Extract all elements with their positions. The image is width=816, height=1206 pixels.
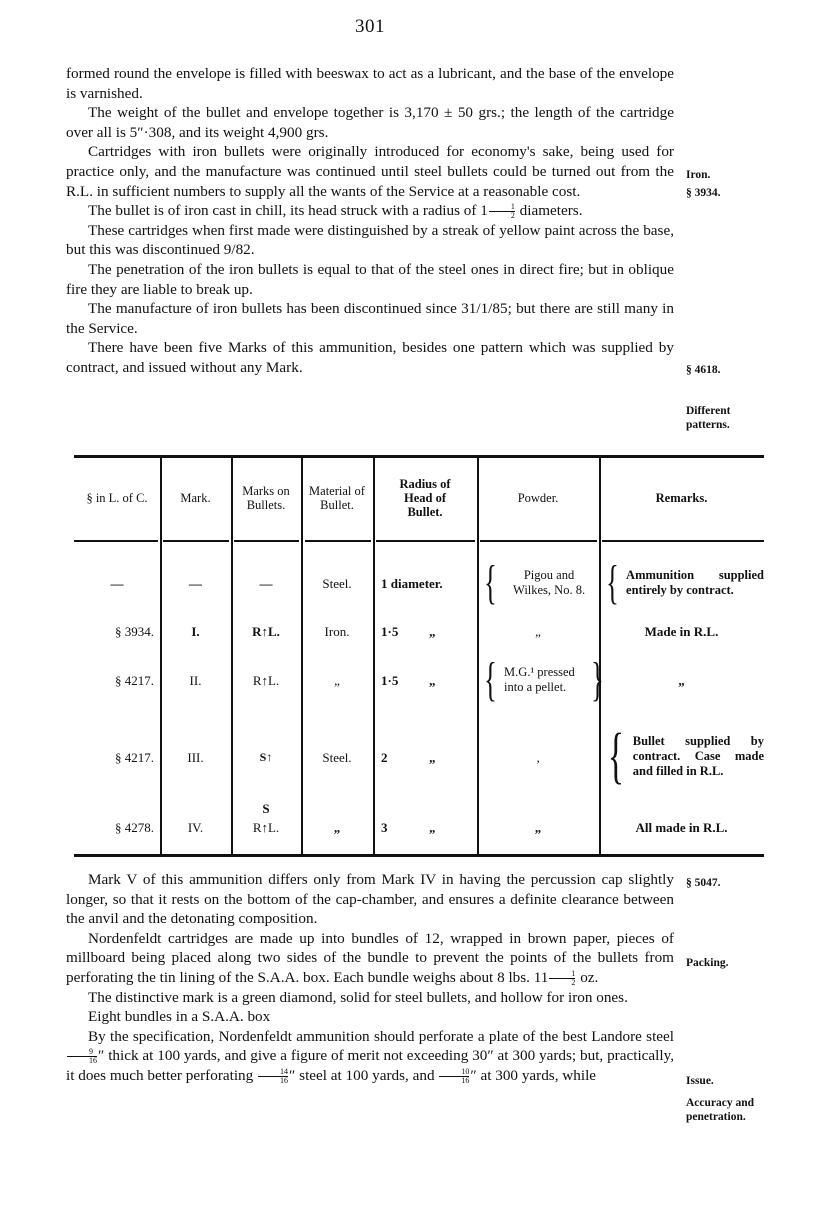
page-number: 301 — [0, 16, 740, 38]
cell-remarks: { Bullet supplied by contract. Case made… — [601, 723, 764, 789]
paragraph: The distinctive mark is a green diamond,… — [66, 988, 674, 1008]
cell-remarks: All made in R.L. — [599, 817, 764, 837]
cell-powder: ‚ — [477, 747, 599, 767]
cell-section: § 3934. — [74, 621, 154, 641]
paragraph: formed round the envelope is filled with… — [66, 64, 674, 103]
cell-marks-on-bullets: R↑L. — [231, 621, 301, 641]
cell-radius-ditto: „ — [429, 817, 459, 837]
header-marks-on-bullets: Marks on Bullets. — [231, 458, 301, 538]
header-rule — [376, 540, 475, 542]
left-brace-icon: { — [484, 559, 497, 607]
paragraph: Mark V of this ammunition differs only f… — [66, 870, 674, 929]
bottom-text-block: Mark V of this ammunition differs only f… — [66, 870, 674, 1086]
cell-material: Iron. — [301, 621, 373, 641]
margin-note-section-4618: § 4618. — [686, 363, 721, 377]
left-brace-icon: { — [608, 732, 624, 780]
cell-radius-ditto: „ — [429, 621, 459, 641]
paragraph: Nordenfeldt cartridges are made up into … — [66, 929, 674, 988]
header-material: Material of Bullet. — [301, 458, 373, 538]
margin-note-packing: Packing. — [686, 956, 729, 970]
margin-note-different-patterns: Different patterns. — [686, 404, 756, 432]
cell-material: „ — [301, 817, 373, 837]
cell-material: „ — [301, 670, 373, 690]
fraction: 12 — [549, 970, 575, 987]
cell-section: — — [74, 568, 160, 598]
cell-radius: 1·5 — [381, 670, 421, 690]
header-rule — [74, 540, 158, 542]
cell-marks-on-bullets: S↑ — [231, 747, 301, 767]
top-text-block: formed round the envelope is filled with… — [66, 64, 674, 378]
header-section: § in L. of C. — [74, 458, 160, 538]
fraction: 916 — [67, 1048, 97, 1065]
cell-mark: III. — [160, 747, 231, 767]
paragraph: The bullet is of iron cast in chill, its… — [66, 201, 674, 221]
cell-section: § 4278. — [74, 817, 154, 837]
cell-powder: „ — [477, 621, 599, 641]
cell-mark: II. — [160, 670, 231, 690]
cell-remarks: { Ammunition supplied entirely by contra… — [601, 556, 764, 610]
marks-table: § in L. of C. Mark. Marks on Bullets. Ma… — [74, 458, 764, 854]
margin-note-section-3934: § 3934. — [686, 186, 721, 200]
cell-marks-on-bullets: — — [231, 568, 301, 598]
margin-note-iron: Iron. — [686, 168, 710, 182]
paragraph: Cartridges with iron bullets were origin… — [66, 142, 674, 201]
cell-radius-ditto: „ — [429, 670, 459, 690]
paragraph: The manufacture of iron bullets has been… — [66, 299, 674, 338]
cell-mark: I. — [160, 621, 231, 641]
cell-remarks: „ — [599, 670, 764, 690]
cell-marks-on-bullets: R↑L. — [231, 670, 301, 690]
cell-mark: IV. — [160, 817, 231, 837]
cell-radius: 3 — [381, 817, 421, 837]
cell-marks-on-bullets: R↑L. — [231, 817, 301, 837]
paragraph: The weight of the bullet and envelope to… — [66, 103, 674, 142]
fraction: 1016 — [439, 1068, 469, 1085]
fraction: 1416 — [258, 1068, 288, 1085]
header-rule — [234, 540, 299, 542]
cell-remarks: Made in R.L. — [599, 621, 764, 641]
cell-powder: { Pigou and Wilkes, No. 8. — [479, 556, 599, 610]
paragraph: There have been five Marks of this ammun… — [66, 338, 674, 377]
header-mark: Mark. — [160, 458, 231, 538]
header-rule — [163, 540, 229, 542]
margin-note-accuracy-penetration: Accuracy and penetration. — [686, 1096, 786, 1124]
paragraph: By the specification, Nordenfeldt ammuni… — [66, 1027, 674, 1086]
header-rule — [480, 540, 597, 542]
paragraph: These cartridges when first made were di… — [66, 221, 674, 260]
cell-radius: 2 — [381, 747, 421, 767]
cell-section: § 4217. — [74, 747, 154, 767]
margin-note-section-5047: § 5047. — [686, 876, 721, 890]
paragraph: The penetration of the iron bullets is e… — [66, 260, 674, 299]
left-brace-icon: { — [606, 559, 619, 607]
left-brace-icon: { — [484, 656, 497, 704]
cell-radius: 1 diameter. — [381, 568, 477, 598]
table-bottom-rule — [74, 854, 764, 857]
cell-material: Steel. — [301, 747, 373, 767]
cell-powder: „ — [477, 817, 599, 837]
header-rule — [305, 540, 371, 542]
header-radius: Radius of Head of Bullet. — [373, 458, 477, 538]
cell-mark: — — [160, 568, 231, 598]
paragraph: Eight bundles in a S.A.A. box — [66, 1007, 674, 1027]
cell-marks-on-bullets-top: S — [231, 800, 301, 817]
header-remarks: Remarks. — [599, 458, 764, 538]
margin-note-issue: Issue. — [686, 1074, 714, 1088]
cell-section: § 4217. — [74, 670, 154, 690]
fraction: 12 — [489, 203, 515, 220]
header-powder: Powder. — [477, 458, 599, 538]
cell-radius: 1·5 — [381, 621, 421, 641]
cell-radius-ditto: „ — [429, 747, 459, 767]
header-rule — [602, 540, 764, 542]
cell-material: Steel. — [301, 568, 373, 598]
